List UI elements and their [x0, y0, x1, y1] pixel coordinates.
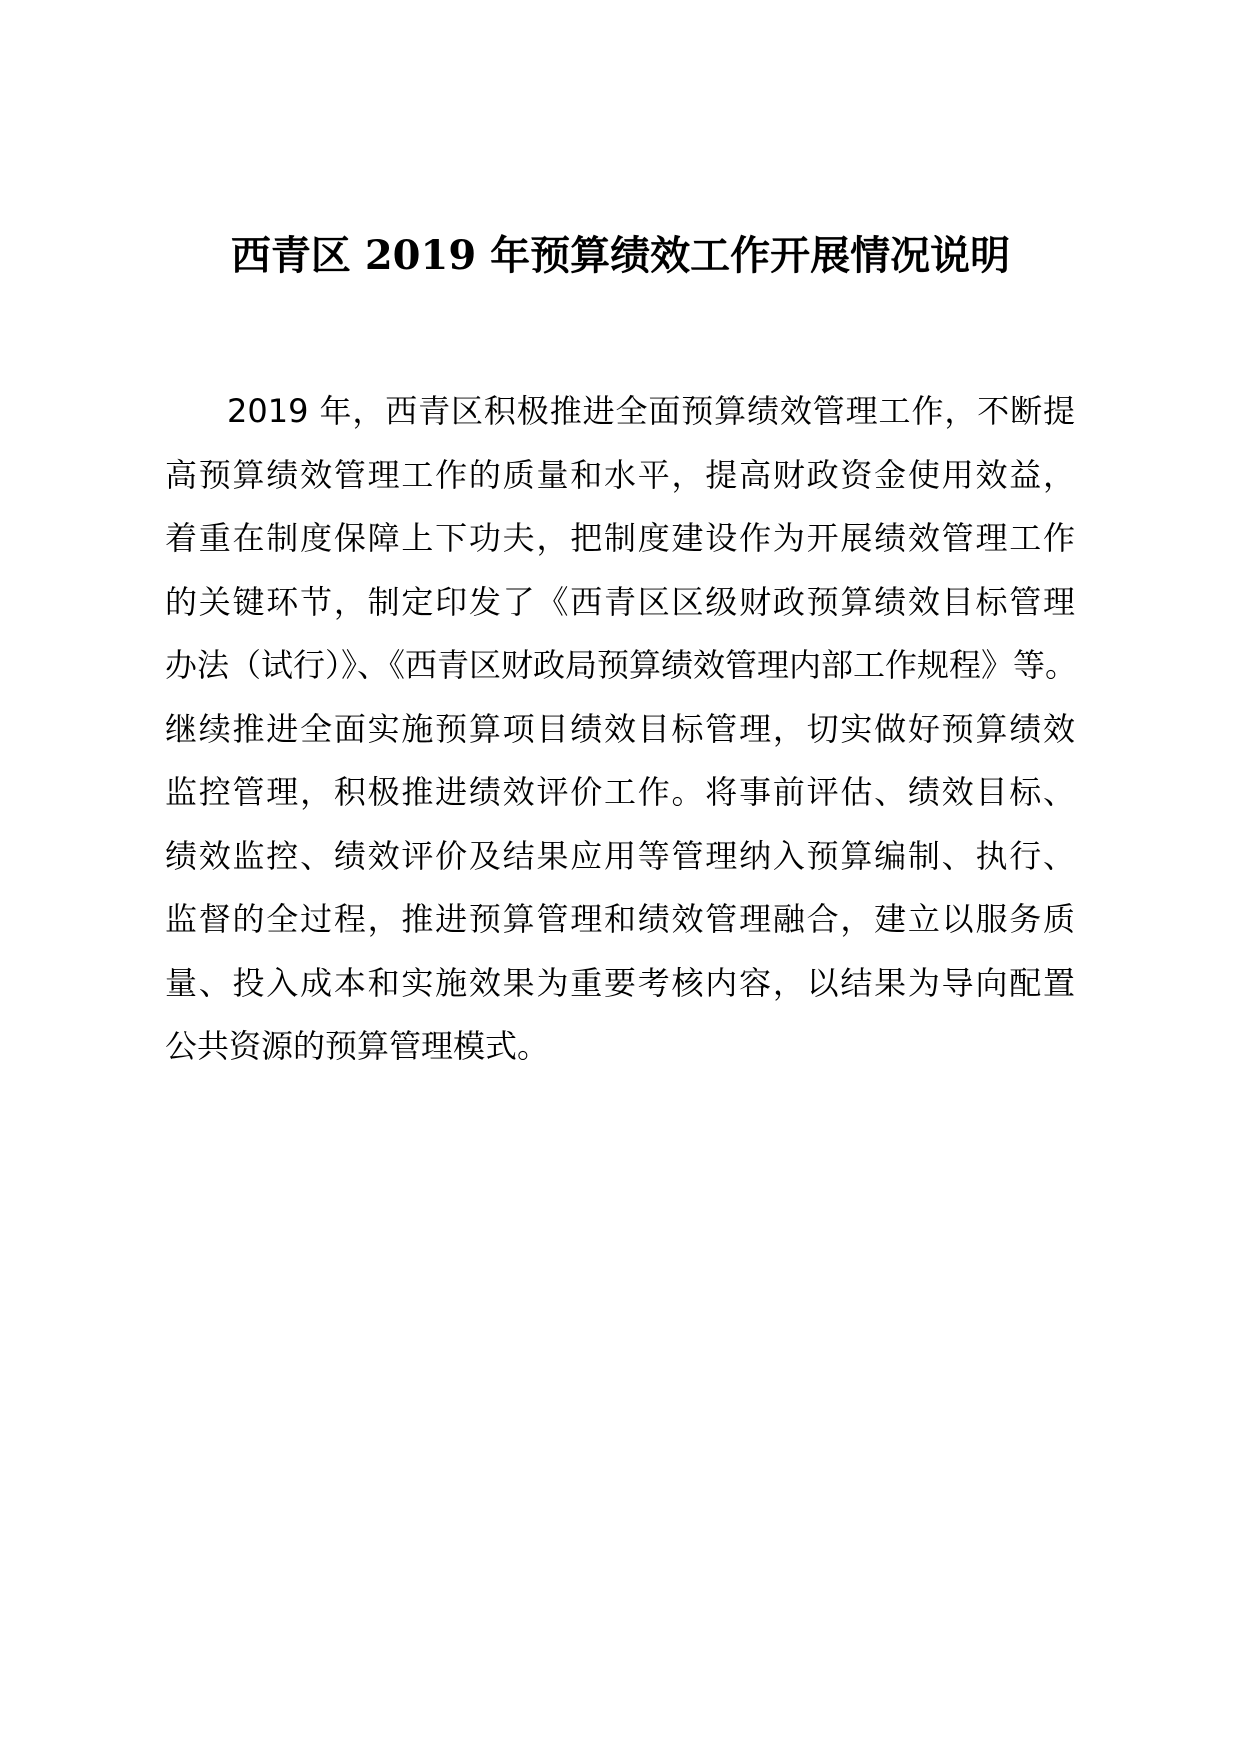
- paragraph-line: 着重在制度保障上下功夫，把制度建设作为开展绩效管理工作: [165, 507, 1075, 571]
- paragraph-line: 监控管理，积极推进绩效评价工作。将事前评估、绩效目标、: [165, 761, 1075, 825]
- paragraph-line: 公共资源的预算管理模式。: [165, 1015, 1075, 1079]
- paragraph-line: 监督的全过程，推进预算管理和绩效管理融合，建立以服务质: [165, 888, 1075, 952]
- paragraph-line: 高预算绩效管理工作的质量和水平，提高财政资金使用效益，: [165, 444, 1075, 508]
- document-title: 西青区 2019 年预算绩效工作开展情况说明: [0, 228, 1241, 284]
- paragraph-line: 的关键环节，制定印发了《西青区区级财政预算绩效目标管理: [165, 571, 1075, 635]
- paragraph-line: 办法（试行）》、《西青区财政局预算绩效管理内部工作规程》等。: [165, 634, 1075, 698]
- paragraph-line: 量、投入成本和实施效果为重要考核内容，以结果为导向配置: [165, 952, 1075, 1016]
- body-paragraph: 2019 年，西青区积极推进全面预算绩效管理工作，不断提 高预算绩效管理工作的质…: [165, 380, 1075, 1079]
- paragraph-line: 2019 年，西青区积极推进全面预算绩效管理工作，不断提: [165, 380, 1075, 444]
- paragraph-line: 继续推进全面实施预算项目绩效目标管理，切实做好预算绩效: [165, 698, 1075, 762]
- document-page: 西青区 2019 年预算绩效工作开展情况说明 2019 年，西青区积极推进全面预…: [0, 0, 1241, 1754]
- paragraph-line: 绩效监控、绩效评价及结果应用等管理纳入预算编制、执行、: [165, 825, 1075, 889]
